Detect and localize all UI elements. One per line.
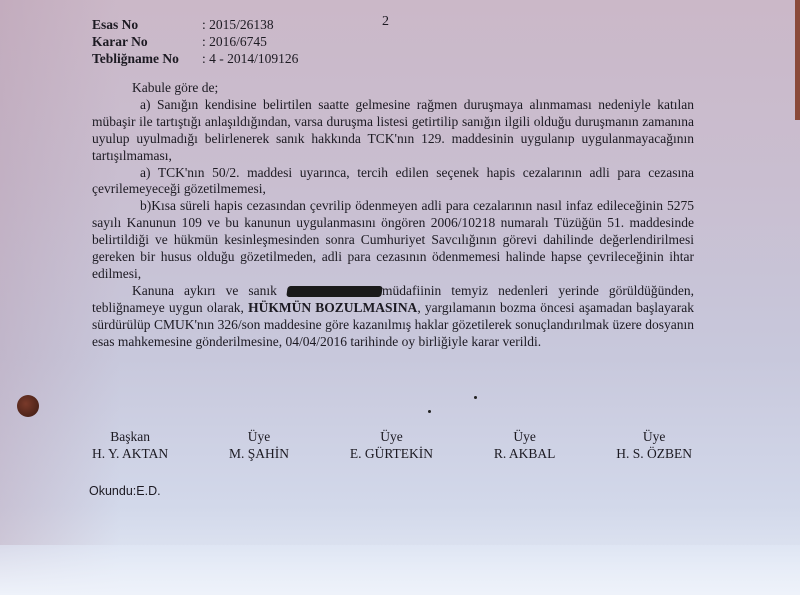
header-label: Karar No — [92, 33, 202, 50]
signer-role: Başkan — [92, 428, 168, 445]
header-value: : 2016/6745 — [202, 33, 267, 50]
header-row-tebligname: Tebliğname No : 4 - 2014/109126 — [92, 50, 298, 67]
signer-member: Üye H. S. ÖZBEN — [616, 428, 692, 462]
signer-member: Üye R. AKBAL — [494, 428, 556, 462]
header-label: Tebliğname No — [92, 50, 202, 67]
verdict-bold: HÜKMÜN BOZULMASINA — [248, 300, 417, 315]
signer-role: Üye — [229, 428, 289, 445]
redacted-name — [286, 286, 383, 297]
signer-name: H. S. ÖZBEN — [616, 445, 692, 462]
header-row-karar: Karar No : 2016/6745 — [92, 33, 298, 50]
decision-body: Kabule göre de; a) Sanığın kendisine bel… — [92, 80, 694, 351]
signer-name: R. AKBAL — [494, 445, 556, 462]
paper-speck — [428, 410, 431, 413]
header-label: Esas No — [92, 16, 202, 33]
punch-hole — [17, 395, 39, 417]
paper-fold — [0, 545, 800, 595]
signer-name: H. Y. AKTAN — [92, 445, 168, 462]
header-value: : 4 - 2014/109126 — [202, 50, 298, 67]
case-header: Esas No : 2015/26138 Karar No : 2016/674… — [92, 16, 298, 67]
read-by-note: Okundu:E.D. — [89, 484, 161, 498]
signer-member: Üye M. ŞAHİN — [229, 428, 289, 462]
header-row-esas: Esas No : 2015/26138 — [92, 16, 298, 33]
page-number: 2 — [382, 14, 389, 30]
signature-block: Başkan H. Y. AKTAN Üye M. ŞAHİN Üye E. G… — [92, 428, 692, 462]
table-edge — [795, 0, 800, 120]
signer-president: Başkan H. Y. AKTAN — [92, 428, 168, 462]
paragraph-b: b)Kısa süreli hapis cezasından çevrilip … — [92, 198, 694, 283]
signer-name: M. ŞAHİN — [229, 445, 289, 462]
intro-line: Kabule göre de; — [92, 80, 694, 97]
signer-role: Üye — [616, 428, 692, 445]
paper-speck — [474, 396, 477, 399]
conclusion-pre: Kanuna aykırı ve sanık — [132, 283, 277, 298]
signer-name: E. GÜRTEKİN — [350, 445, 433, 462]
paragraph-a1: a) Sanığın kendisine belirtilen saatte g… — [92, 97, 694, 165]
signer-member: Üye E. GÜRTEKİN — [350, 428, 433, 462]
paragraph-a2: a) TCK'nın 50/2. maddesi uyarınca, terci… — [92, 165, 694, 199]
header-value: : 2015/26138 — [202, 16, 274, 33]
signer-role: Üye — [494, 428, 556, 445]
signer-role: Üye — [350, 428, 433, 445]
conclusion-paragraph: Kanuna aykırı ve sanık müdafiinin temyiz… — [92, 283, 694, 351]
